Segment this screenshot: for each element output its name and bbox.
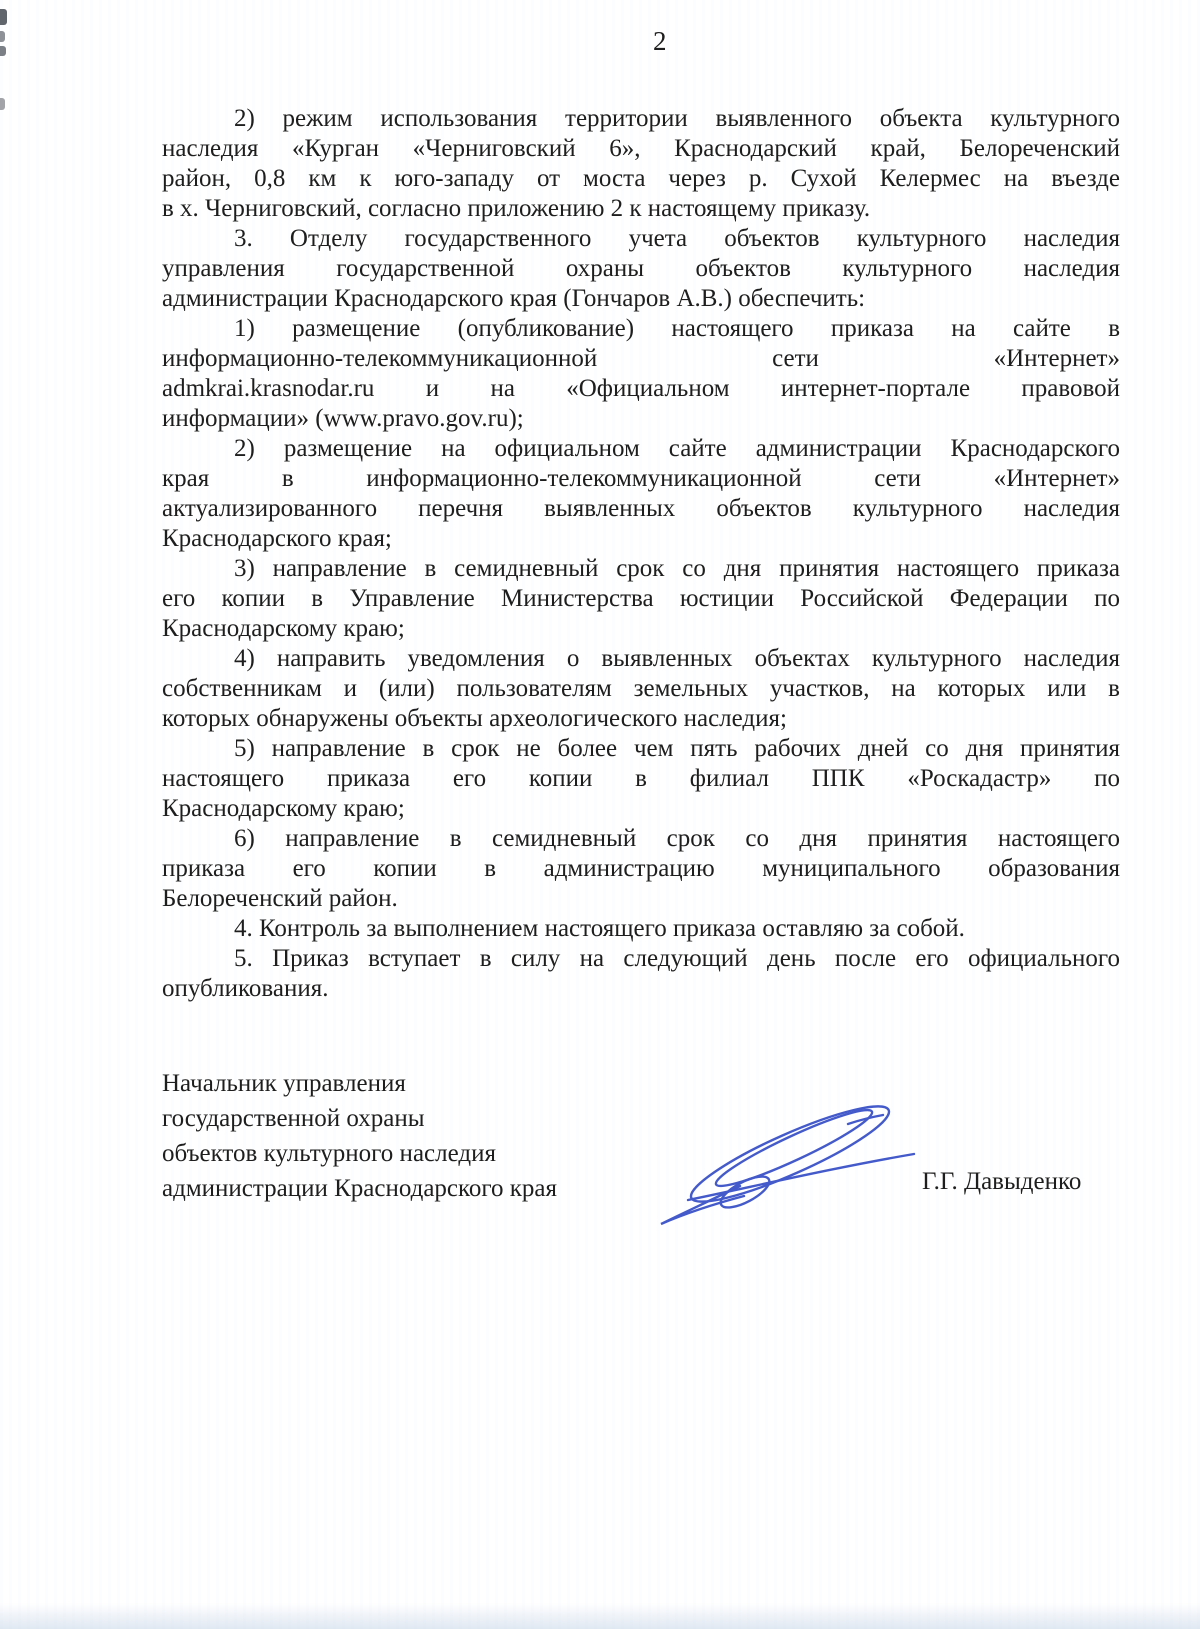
document-line: его копии в Управление Министерства юсти…: [162, 584, 1120, 614]
document-line: управления государственной охраны объект…: [162, 254, 1120, 284]
document-line: настоящего приказа его копии в филиал ПП…: [162, 764, 1120, 794]
document-line: Белореченский район.: [162, 884, 1120, 914]
paragraph: 3) направление в семидневный срок со дня…: [162, 554, 1120, 644]
paragraph: 4. Контроль за выполнением настоящего пр…: [162, 914, 1120, 944]
scan-artifact: [0, 31, 5, 42]
document-line: 4) направить уведомления о выявленных об…: [162, 644, 1120, 674]
paragraph: 1) размещение (опубликование) настоящего…: [162, 314, 1120, 434]
paragraph: 5. Приказ вступает в силу на следующий д…: [162, 944, 1120, 1004]
scan-bottom-tint: [0, 1603, 1200, 1629]
document-line: Краснодарскому краю;: [162, 614, 1120, 644]
document-page: 2 2) режим использования территории выяв…: [0, 0, 1200, 1629]
document-line: 6) направление в семидневный срок со дня…: [162, 824, 1120, 854]
document-line: 5) направление в срок не более чем пять …: [162, 734, 1120, 764]
document-line: район, 0,8 км к юго-западу от моста чере…: [162, 164, 1120, 194]
document-line: 4. Контроль за выполнением настоящего пр…: [162, 914, 1120, 944]
document-line: актуализированного перечня выявленных об…: [162, 494, 1120, 524]
document-line: Краснодарского края;: [162, 524, 1120, 554]
scan-artifact: [0, 46, 6, 56]
document-line: Краснодарскому краю;: [162, 794, 1120, 824]
document-line: собственникам и (или) пользователям земе…: [162, 674, 1120, 704]
document-line: информационно-телекоммуникационной сети …: [162, 344, 1120, 374]
document-line: которых обнаружены объекты археологическ…: [162, 704, 1120, 734]
paragraph: 4) направить уведомления о выявленных об…: [162, 644, 1120, 734]
page-number: 2: [580, 26, 740, 57]
signature-title-line: Начальник управления: [162, 1066, 682, 1101]
document-line: 3) направление в семидневный срок со дня…: [162, 554, 1120, 584]
paragraph: 2) размещение на официальном сайте админ…: [162, 434, 1120, 554]
document-line: администрации Краснодарского края (Гонча…: [162, 284, 1120, 314]
paragraph: 3. Отделу государственного учета объекто…: [162, 224, 1120, 314]
paragraph: 2) режим использования территории выявле…: [162, 104, 1120, 224]
signature-title-line: объектов культурного наследия: [162, 1136, 682, 1171]
signee-name: Г.Г. Давыденко: [922, 1168, 1081, 1196]
document-line: края в информационно-телекоммуникационно…: [162, 464, 1120, 494]
document-line: наследия «Курган «Черниговский 6», Красн…: [162, 134, 1120, 164]
scan-artifact: [0, 9, 7, 25]
document-line: в х. Черниговский, согласно приложению 2…: [162, 194, 1120, 224]
document-body: 2) режим использования территории выявле…: [162, 104, 1120, 1004]
document-line: 2) размещение на официальном сайте админ…: [162, 434, 1120, 464]
document-line: опубликования.: [162, 974, 1120, 1004]
document-line: приказа его копии в администрацию муници…: [162, 854, 1120, 884]
document-line: 5. Приказ вступает в силу на следующий д…: [162, 944, 1120, 974]
signature-title-block: Начальник управлениягосударственной охра…: [162, 1066, 682, 1206]
document-line: информации» (www.pravo.gov.ru);: [162, 404, 1120, 434]
paragraph: 5) направление в срок не более чем пять …: [162, 734, 1120, 824]
signature-title-line: администрации Краснодарского края: [162, 1171, 682, 1206]
document-line: 2) режим использования территории выявле…: [162, 104, 1120, 134]
document-line: 1) размещение (опубликование) настоящего…: [162, 314, 1120, 344]
signature-title-line: государственной охраны: [162, 1101, 682, 1136]
document-line: admkrai.krasnodar.ru и на «Официальном и…: [162, 374, 1120, 404]
document-line: 3. Отделу государственного учета объекто…: [162, 224, 1120, 254]
scan-artifact: [0, 98, 5, 110]
paragraph: 6) направление в семидневный срок со дня…: [162, 824, 1120, 914]
handwritten-signature-icon: [652, 1088, 924, 1236]
